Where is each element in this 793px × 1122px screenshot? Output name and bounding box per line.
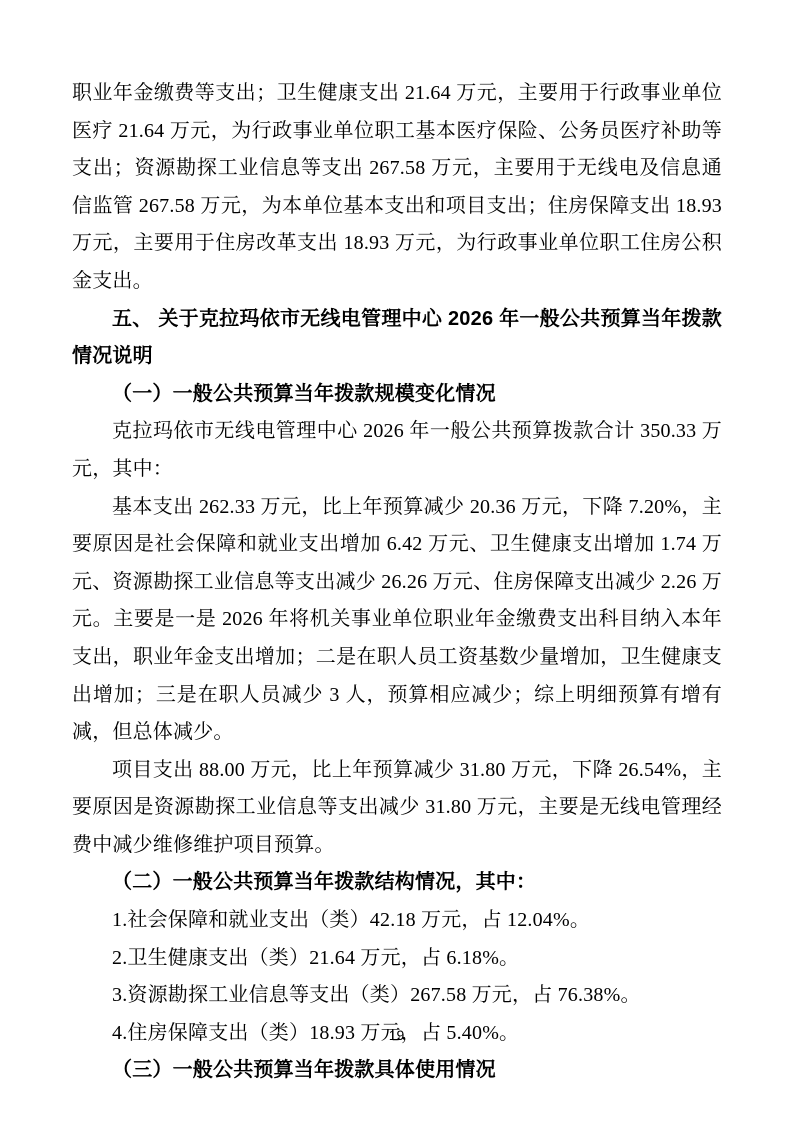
paragraph-continued: 职业年金缴费等支出；卫生健康支出 21.64 万元，主要用于行政事业单位医疗 2… [72, 75, 722, 301]
document-page: 职业年金缴费等支出；卫生健康支出 21.64 万元，主要用于行政事业单位医疗 2… [0, 0, 793, 1122]
paragraph-total-allocation: 克拉玛依市无线电管理中心 2026 年一般公共预算拨款合计 350.33 万元，… [72, 413, 722, 488]
subsection-heading-two: （二）一般公共预算当年拨款结构情况，其中： [72, 864, 722, 902]
list-item-health: 2.卫生健康支出（类）21.64 万元，占 6.18%。 [72, 940, 722, 978]
page-number: 19 [0, 1026, 793, 1044]
paragraph-basic-expenditure: 基本支出 262.33 万元，比上年预算减少 20.36 万元，下降 7.20%… [72, 489, 722, 752]
section-heading-five: 五、 关于克拉玛依市无线电管理中心 2026 年一般公共预算当年拨款情况说明 [72, 301, 722, 376]
list-item-resource-exploration: 3.资源勘探工业信息等支出（类）267.58 万元，占 76.38%。 [72, 977, 722, 1015]
paragraph-project-expenditure: 项目支出 88.00 万元，比上年预算减少 31.80 万元，下降 26.54%… [72, 752, 722, 865]
subsection-heading-three: （三）一般公共预算当年拨款具体使用情况 [72, 1052, 722, 1090]
list-item-social-security: 1.社会保障和就业支出（类）42.18 万元，占 12.04%。 [72, 902, 722, 940]
subsection-heading-one: （一）一般公共预算当年拨款规模变化情况 [72, 376, 722, 414]
page-content: 职业年金缴费等支出；卫生健康支出 21.64 万元，主要用于行政事业单位医疗 2… [72, 75, 722, 1090]
